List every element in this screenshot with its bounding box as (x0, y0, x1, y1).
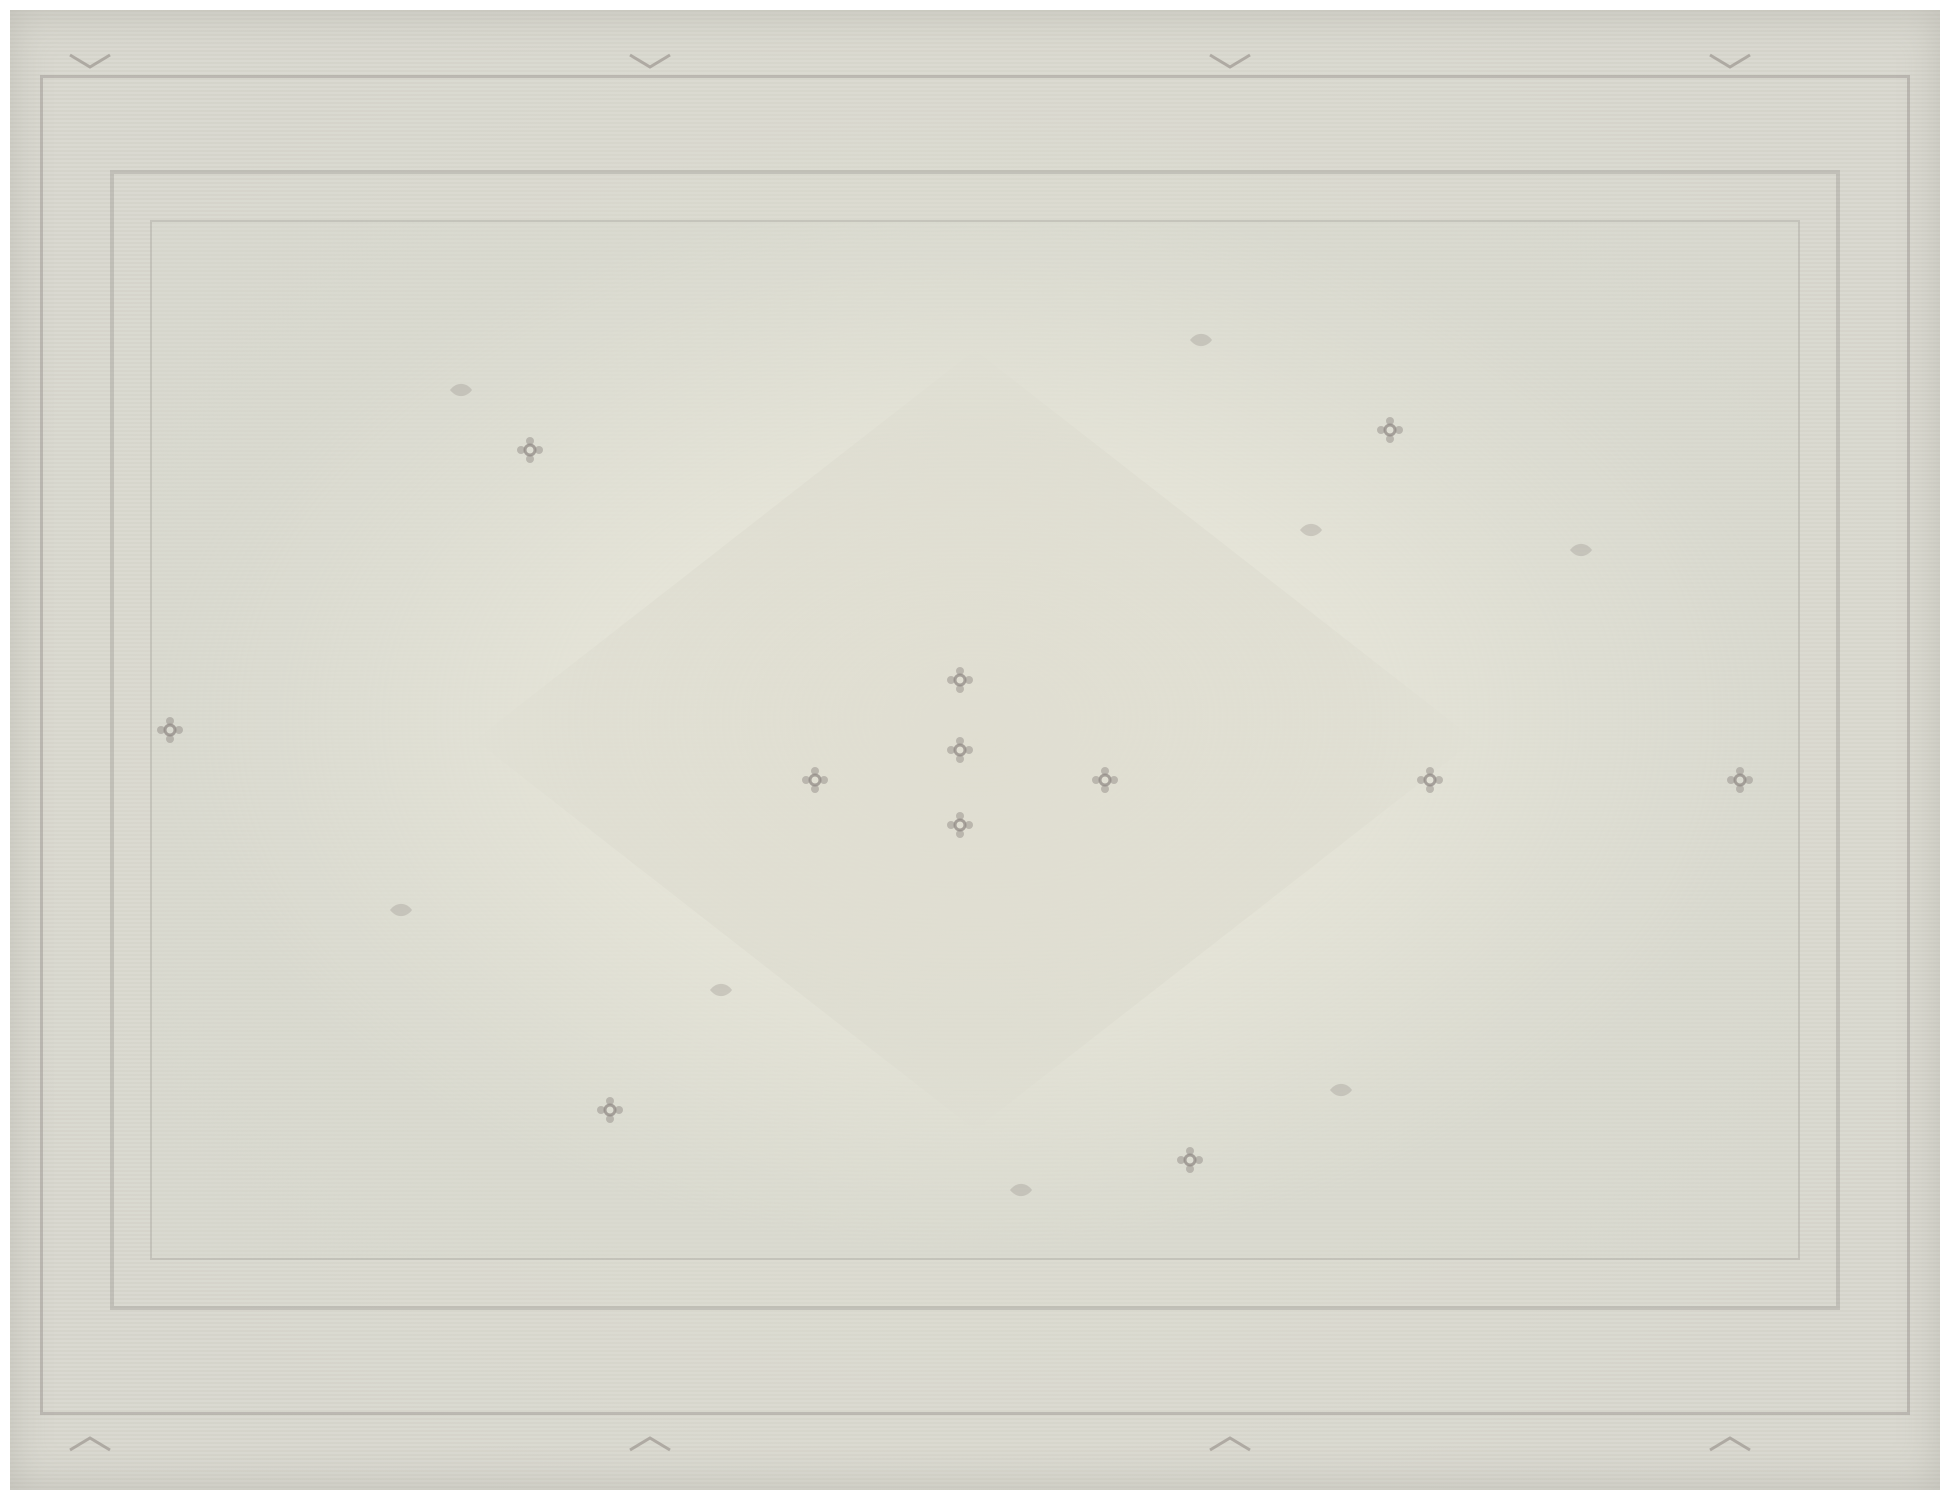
rug-floral-motifs (10, 10, 1940, 1490)
rug-photo (10, 10, 1940, 1490)
